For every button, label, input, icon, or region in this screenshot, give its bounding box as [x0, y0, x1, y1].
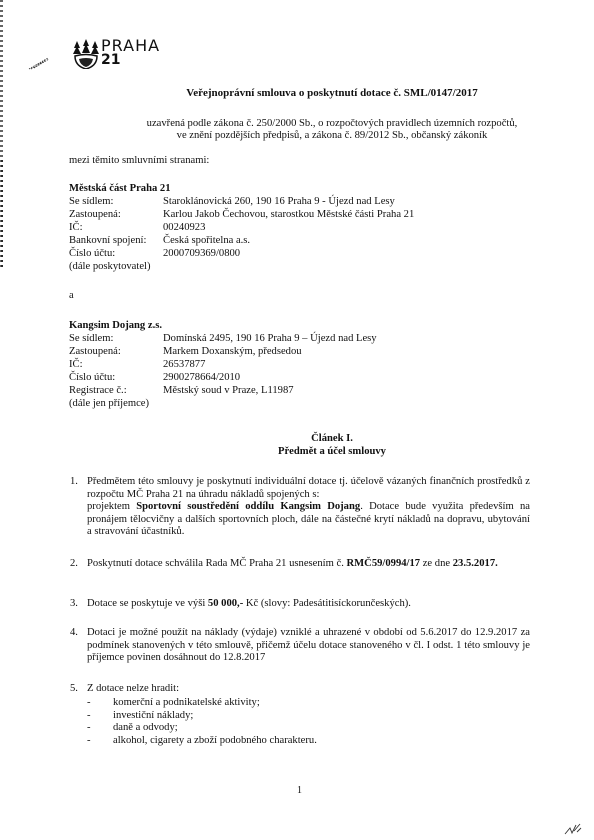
- provider-label-account: Číslo účtu:: [69, 248, 115, 261]
- clause-2: 2. Poskytnutí dotace schválila Rada MČ P…: [70, 558, 530, 571]
- praha-21-logo: PRAHA 21: [73, 39, 160, 69]
- provider-label-ic: IČ:: [69, 222, 83, 235]
- clause-number: 5.: [70, 683, 78, 696]
- clause-text: Z dotace nelze hradit:: [87, 683, 530, 696]
- provider-label-represented: Zastoupená:: [69, 209, 121, 222]
- recipient-note: (dále jen příjemce): [69, 398, 149, 411]
- resolution-date: 23.5.2017.: [453, 558, 498, 569]
- recipient-value-account: 2900278664/2010: [163, 372, 240, 385]
- clause-text: Předmětem této smlouvy je poskytnutí ind…: [87, 476, 530, 500]
- provider-value-ic: 00240923: [163, 222, 205, 235]
- clause-number: 2.: [70, 558, 78, 571]
- clause-number: 4.: [70, 627, 78, 640]
- clause-text: Kč (slovy: Padesátitisíckorunčeských).: [243, 598, 411, 609]
- clause-1: 1. Předmětem této smlouvy je poskytnutí …: [70, 476, 530, 539]
- subtitle-line-2: ve znění pozdějších předpisů, a zákona č…: [0, 130, 594, 143]
- recipient-label-registration: Registrace č.:: [69, 385, 127, 398]
- recipient-label-ic: IČ:: [69, 359, 83, 372]
- clause-text: ze dne: [420, 558, 453, 569]
- handwritten-mark-icon: [28, 56, 50, 70]
- subtitle-line-1: uzavřená podle zákona č. 250/2000 Sb., o…: [0, 118, 594, 131]
- recipient-label-represented: Zastoupená:: [69, 346, 121, 359]
- recipient-value-ic: 26537877: [163, 359, 205, 372]
- logo-text-21: 21: [101, 53, 160, 67]
- clause-4: 4. Dotaci je možné použít na náklady (vý…: [70, 627, 530, 665]
- list-item: -daně a odvody;: [87, 722, 317, 735]
- grant-amount: 50 000,-: [208, 598, 243, 609]
- provider-value-seat: Staroklánovická 260, 190 16 Praha 9 - Új…: [163, 196, 395, 209]
- provider-label-bank: Bankovní spojení:: [69, 235, 146, 248]
- provider-name: Městská část Praha 21: [69, 183, 171, 196]
- document-title: Veřejnoprávní smlouva o poskytnutí dotac…: [0, 87, 594, 100]
- logo-text-praha: PRAHA: [101, 39, 160, 53]
- provider-value-bank: Česká spořitelna a.s.: [163, 235, 250, 248]
- clause-text: Dotace se poskytuje ve výši: [87, 598, 208, 609]
- article-number: Článek I.: [0, 433, 594, 446]
- project-name: Sportovní soustředění oddílu Kangsim Doj…: [136, 501, 360, 512]
- handwritten-initials-icon: [564, 822, 582, 836]
- clause-5: 5. Z dotace nelze hradit:: [70, 683, 530, 696]
- recipient-value-represented: Markem Doxanským, předsedou: [163, 346, 302, 359]
- provider-note: (dále poskytovatel): [69, 261, 151, 274]
- recipient-label-account: Číslo účtu:: [69, 372, 115, 385]
- list-item: -komerční a podnikatelské aktivity;: [87, 697, 317, 710]
- clause-3: 3. Dotace se poskytuje ve výši 50 000,- …: [70, 598, 530, 611]
- resolution-number: RMČ59/0994/17: [347, 558, 421, 569]
- clause-text: Dotaci je možné použít na náklady (výdaj…: [87, 627, 530, 665]
- list-item: -alkohol, cigarety a zboží podobného cha…: [87, 735, 317, 748]
- recipient-value-seat: Domínská 2495, 190 16 Praha 9 – Újezd na…: [163, 333, 377, 346]
- page-number: 1: [297, 785, 302, 798]
- recipient-name: Kangsim Dojang z.s.: [69, 320, 162, 333]
- scan-artifact: [1, 160, 3, 270]
- conjunction: a: [69, 290, 74, 303]
- intro-text: mezi těmito smluvními stranami:: [69, 155, 209, 168]
- clause-text: Poskytnutí dotace schválila Rada MČ Prah…: [87, 558, 347, 569]
- clause-number: 3.: [70, 598, 78, 611]
- provider-label-seat: Se sídlem:: [69, 196, 113, 209]
- provider-value-represented: Karlou Jakob Čechovou, starostkou Městsk…: [163, 209, 414, 222]
- clause-number: 1.: [70, 476, 78, 489]
- article-title: Předmět a účel smlouvy: [0, 446, 594, 459]
- list-item: -investiční náklady;: [87, 710, 317, 723]
- clause-text: projektem: [87, 501, 136, 512]
- provider-value-account: 2000709369/0800: [163, 248, 240, 261]
- exclusions-list: -komerční a podnikatelské aktivity; -inv…: [87, 697, 317, 747]
- recipient-value-registration: Městský soud v Praze, L11987: [163, 385, 294, 398]
- recipient-label-seat: Se sídlem:: [69, 333, 113, 346]
- coat-of-arms-icon: [73, 39, 99, 69]
